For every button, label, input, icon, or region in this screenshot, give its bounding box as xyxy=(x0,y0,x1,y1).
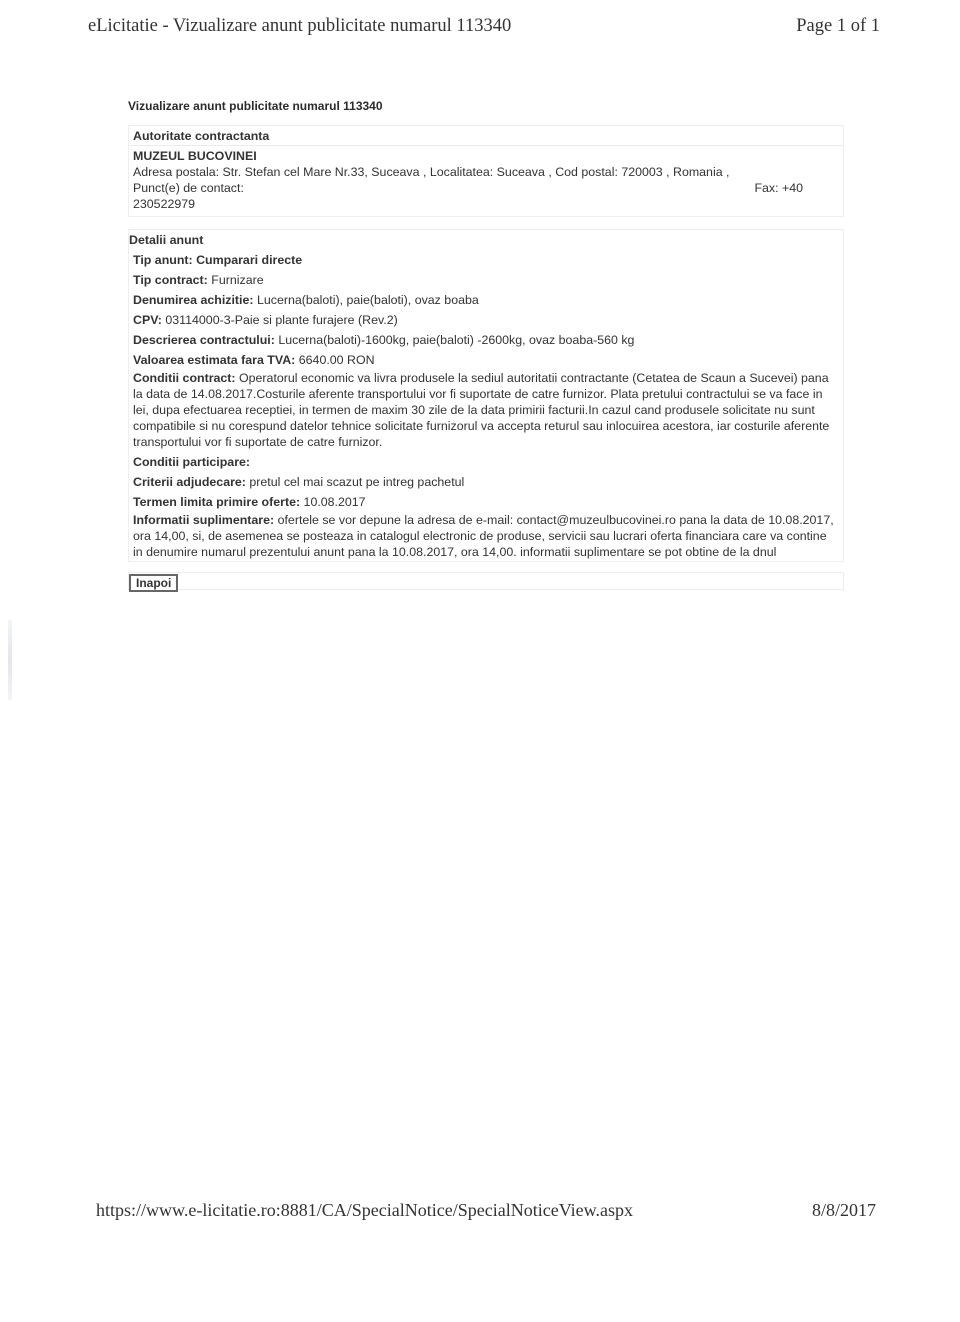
authority-address: Adresa postala: Str. Stefan cel Mare Nr.… xyxy=(133,164,839,180)
detail-value: 6640.00 RON xyxy=(299,353,375,367)
detail-row: Denumirea achizitie: Lucerna(baloti), pa… xyxy=(129,289,843,309)
detail-row: Criterii adjudecare: pretul cel mai scaz… xyxy=(129,471,843,491)
detail-value: Lucerna(baloti), paie(baloti), ovaz boab… xyxy=(257,293,479,307)
fax-value: Fax: +40 xyxy=(754,180,803,196)
authority-heading: Autoritate contractanta xyxy=(129,126,843,146)
detail-label: Criterii adjudecare: xyxy=(133,475,246,489)
detail-label: Valoarea estimata fara TVA: xyxy=(133,353,295,367)
detail-row: Tip anunt: Cumparari directe xyxy=(129,249,843,269)
detail-value: 10.08.2017 xyxy=(304,495,366,509)
detail-row: Descrierea contractului: Lucerna(baloti)… xyxy=(129,329,843,349)
back-bar: Inapoi xyxy=(128,572,844,590)
detail-label: Tip anunt: xyxy=(133,253,193,267)
detail-label: CPV: xyxy=(133,313,162,327)
detail-label: Informatii suplimentare: xyxy=(133,513,274,527)
details-heading: Detalii anunt xyxy=(129,230,843,249)
scan-edge-artifact xyxy=(8,620,12,700)
detail-row: Valoarea estimata fara TVA: 6640.00 RON xyxy=(129,349,843,369)
detail-label: Tip contract: xyxy=(133,273,208,287)
print-header-page: Page 1 of 1 xyxy=(796,16,880,37)
print-footer: https://www.e-licitatie.ro:8881/CA/Speci… xyxy=(96,1200,880,1221)
notice-content: Vizualizare anunt publicitate numarul 11… xyxy=(128,98,844,590)
print-footer-date: 8/8/2017 xyxy=(812,1200,876,1221)
detail-value: 03114000-3-Paie si plante furajere (Rev.… xyxy=(165,313,397,327)
detail-row: Tip contract: Furnizare xyxy=(129,269,843,289)
print-footer-url: https://www.e-licitatie.ro:8881/CA/Speci… xyxy=(96,1200,633,1221)
detail-label: Conditii contract: xyxy=(133,371,236,385)
detail-value: pretul cel mai scazut pe intreg pachetul xyxy=(249,475,464,489)
detail-row: CPV: 03114000-3-Paie si plante furajere … xyxy=(129,309,843,329)
print-header: eLicitatie - Vizualizare anunt publicita… xyxy=(96,16,880,37)
detail-value: Furnizare xyxy=(211,273,263,287)
print-header-title: eLicitatie - Vizualizare anunt publicita… xyxy=(88,16,511,37)
detail-row: Conditii contract: Operatorul economic v… xyxy=(129,369,843,451)
detail-row: Informatii suplimentare: ofertele se vor… xyxy=(129,511,843,561)
authority-name: MUZEUL BUCOVINEI xyxy=(133,148,839,164)
details-section: Detalii anunt Tip anunt: Cumparari direc… xyxy=(128,229,844,562)
detail-label: Conditii participare: xyxy=(133,455,250,469)
authority-section: Autoritate contractanta MUZEUL BUCOVINEI… xyxy=(128,125,844,217)
page-title: Vizualizare anunt publicitate numarul 11… xyxy=(128,98,844,114)
detail-label: Denumirea achizitie: xyxy=(133,293,254,307)
detail-row: Termen limita primire oferte: 10.08.2017 xyxy=(129,491,843,511)
detail-value: Operatorul economic va livra produsele l… xyxy=(133,371,829,449)
detail-label: Descrierea contractului: xyxy=(133,333,275,347)
phone-value: 230522979 xyxy=(133,196,839,212)
detail-value: Cumparari directe xyxy=(196,253,302,267)
detail-value: Lucerna(baloti)-1600kg, paie(baloti) -26… xyxy=(278,333,634,347)
contact-label: Punct(e) de contact: xyxy=(133,180,244,196)
detail-label: Termen limita primire oferte: xyxy=(133,495,300,509)
back-button[interactable]: Inapoi xyxy=(129,574,178,592)
detail-row: Conditii participare: xyxy=(129,451,843,471)
details-list: Tip anunt: Cumparari directeTip contract… xyxy=(129,249,843,561)
